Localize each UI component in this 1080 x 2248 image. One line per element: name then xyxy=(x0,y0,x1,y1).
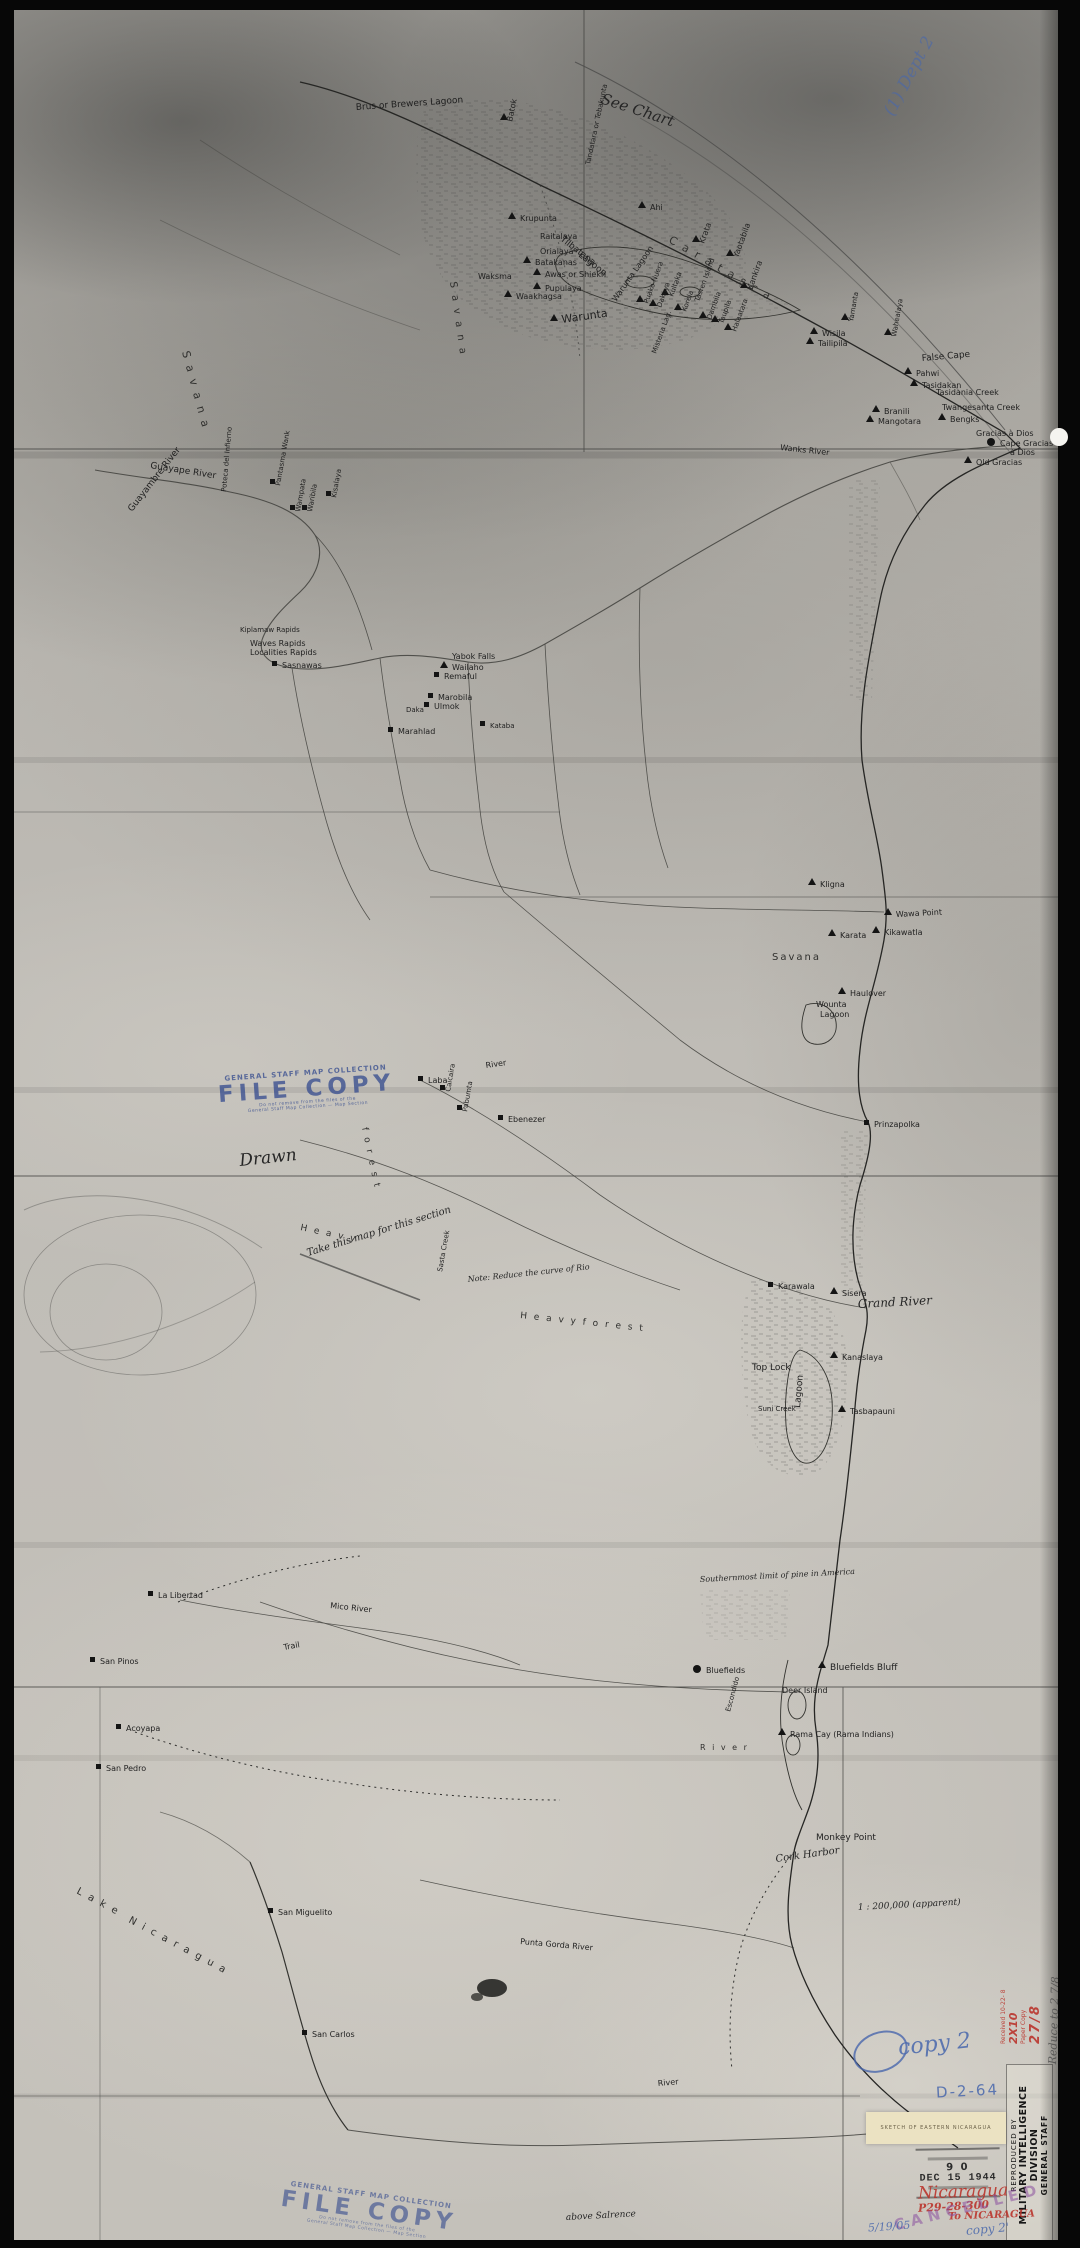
settlement-triangle-marker xyxy=(872,926,880,933)
map-label: Bengks xyxy=(950,415,979,424)
map-label: Branili xyxy=(884,407,909,416)
map-label: Remaful xyxy=(444,672,477,681)
film-notch xyxy=(1050,428,1068,446)
settlement-square-marker xyxy=(428,693,433,698)
map-label: San Pinos xyxy=(100,1657,139,1666)
map-label: Lagoon xyxy=(820,1010,849,1019)
map-label: Ebenezer xyxy=(508,1115,546,1124)
map-label: Marobila xyxy=(438,693,472,702)
map-label: Kataba xyxy=(490,722,515,730)
map-label: Marahlad xyxy=(398,727,435,736)
map-label: Gracias à Dios xyxy=(976,429,1034,438)
settlement-square-marker xyxy=(388,727,393,732)
settlement-triangle-marker xyxy=(810,327,818,334)
settlement-square-marker xyxy=(268,1908,273,1913)
sheet-edge-shadow xyxy=(1040,0,1058,2248)
settlement-triangle-marker xyxy=(778,1728,786,1735)
settlement-square-marker xyxy=(90,1657,95,1662)
settlement-triangle-marker xyxy=(806,337,814,344)
map-label: Kikawatla xyxy=(884,928,923,937)
map-label: Waakhagsa xyxy=(516,292,562,301)
film-edge-top xyxy=(0,0,1080,10)
map-label: Poteca del Infierno xyxy=(220,426,234,492)
map-label: L a k e xyxy=(75,1886,122,1918)
map-label: Ulmok xyxy=(434,702,460,711)
map-label: La Libertad xyxy=(158,1591,203,1600)
map-label: Waves Rapids xyxy=(250,639,306,648)
settlement-square-marker xyxy=(302,2030,307,2035)
map-label: San Carlos xyxy=(312,2030,355,2039)
map-label: Batakanas xyxy=(535,258,577,267)
settlement-square-marker xyxy=(424,702,429,707)
map-label: Rama Cay (Rama Indians) xyxy=(790,1730,894,1739)
map-label: Punta Gorda River xyxy=(520,1937,594,1952)
settlement-triangle-marker xyxy=(910,379,918,386)
map-label: Krupunta xyxy=(520,214,557,223)
film-edge-bottom xyxy=(0,2240,1080,2248)
map-label: Note: Reduce the curve of Rio xyxy=(466,1262,590,1284)
settlement-triangle-marker xyxy=(866,415,874,422)
map-label: Tailipila xyxy=(817,339,848,348)
town-circle-marker xyxy=(987,438,995,446)
map-label: 1 : 200,000 (apparent) xyxy=(858,1897,962,1913)
title-slip-text: SKETCH OF EASTERN NICARAGUA xyxy=(880,2125,991,2131)
map-artwork: See ChartBrus or Brewers LagoonBatokTand… xyxy=(0,0,1080,2248)
map-label: Tasidania Creek xyxy=(935,388,999,397)
map-label: S a v a n a xyxy=(179,349,212,430)
settlement-triangle-marker xyxy=(884,908,892,915)
map-label: Yamanta xyxy=(847,291,860,323)
map-label: Trail xyxy=(282,1640,301,1652)
settlement-square-marker xyxy=(768,1282,773,1287)
map-label: Cork Harbor xyxy=(775,1845,841,1865)
map-label: R i v e r xyxy=(700,1743,749,1752)
map-label: Haulover xyxy=(850,989,887,998)
map-label: Wawa Point xyxy=(896,908,943,919)
map-label: Waribila xyxy=(306,483,319,512)
map-label: River xyxy=(485,1058,507,1070)
settlement-triangle-marker xyxy=(838,987,846,994)
map-label: Wounta xyxy=(816,1000,847,1009)
map-label: San Pedro xyxy=(106,1764,146,1773)
town-circle-marker xyxy=(693,1665,701,1673)
trails xyxy=(135,185,794,2070)
map-label: Mangotara xyxy=(878,417,921,426)
settlement-square-marker xyxy=(272,661,277,666)
settlement-square-marker xyxy=(480,721,485,726)
settlement-triangle-marker xyxy=(440,661,448,668)
map-scan: See ChartBrus or Brewers LagoonBatokTand… xyxy=(0,0,1080,2248)
red-side-line: Paper Copy xyxy=(1020,1894,1027,2044)
settlement-triangle-marker xyxy=(872,405,880,412)
red-side-line: Received 10-22- 8 xyxy=(1000,1894,1007,2044)
settlement-triangle-marker xyxy=(808,878,816,885)
settlement-square-marker xyxy=(418,1076,423,1081)
map-label: False Cape xyxy=(921,350,971,364)
map-label: Sasta Creek xyxy=(436,1229,451,1273)
settlement-triangle-marker xyxy=(828,929,836,936)
map-label: Karawala xyxy=(778,1282,815,1291)
settlement-triangle-marker xyxy=(904,367,912,374)
map-label: H e a v y f o r e s t xyxy=(520,1311,646,1334)
stamp-number: 9 0 xyxy=(946,2162,970,2173)
ink-blot xyxy=(471,1979,507,2001)
stamp-illegible-line xyxy=(928,2156,988,2160)
map-label: Southernmost limit of pine in America xyxy=(700,1567,856,1584)
map-label: Kisalaya xyxy=(330,468,343,498)
red-side-annotations: Received 10-22- 8 2X10 Paper Copy 27/8 xyxy=(1000,1894,1043,2044)
map-label: Top Lock xyxy=(751,1363,791,1373)
settlement-square-marker xyxy=(148,1591,153,1596)
map-label: à Dios xyxy=(1010,448,1035,457)
coastline xyxy=(300,82,1020,2148)
title-slip: SKETCH OF EASTERN NICARAGUA xyxy=(866,2112,1006,2144)
map-label: Twangesanta Creek xyxy=(941,403,1020,412)
map-label: Bluefields Bluff xyxy=(830,1663,898,1673)
map-label: Wisila xyxy=(822,329,846,338)
map-label: River xyxy=(657,2077,679,2088)
map-labels: See ChartBrus or Brewers LagoonBatokTand… xyxy=(75,83,1054,2223)
settlement-triangle-marker xyxy=(830,1287,838,1294)
blue-note-d264: D-2-64 xyxy=(936,2080,1000,2101)
map-label: Savana xyxy=(772,952,821,963)
map-label: Tasbapauni xyxy=(849,1407,895,1416)
map-label: Old Gracias xyxy=(976,458,1022,467)
map-label: Grand River xyxy=(857,1293,933,1311)
map-label: Mico River xyxy=(330,1601,373,1614)
map-label: Waksma xyxy=(478,272,512,281)
map-label: San Miguelito xyxy=(278,1908,332,1917)
map-label: Daka xyxy=(406,706,424,714)
settlement-square-marker xyxy=(434,672,439,677)
map-label: Acoyapa xyxy=(126,1724,160,1733)
map-label: Kanaslaya xyxy=(842,1353,883,1362)
map-label: N i c a r a g u a xyxy=(127,1915,230,1977)
map-label: Suni Creek xyxy=(758,1405,797,1413)
map-label: Pahwi xyxy=(916,369,939,378)
settlement-square-marker xyxy=(498,1115,503,1120)
map-label: Wailaho xyxy=(452,663,484,672)
map-label: Pabumta xyxy=(461,1080,474,1112)
map-label: Kiplamaw Rapids xyxy=(240,626,300,634)
map-label: Sasnawas xyxy=(282,661,322,670)
map-label: Yabok Falls xyxy=(451,652,495,661)
marsh-symbols xyxy=(416,97,880,1640)
map-label: Bluefields xyxy=(706,1666,745,1675)
settlement-square-marker xyxy=(864,1120,869,1125)
film-edge-right xyxy=(1058,0,1080,2248)
settlement-square-marker xyxy=(116,1724,121,1729)
settlement-square-marker xyxy=(96,1764,101,1769)
map-label: Monkey Point xyxy=(816,1833,876,1843)
lagoons-and-lake xyxy=(160,247,836,2130)
map-label: Drawn xyxy=(237,1145,297,1171)
map-label: Ahi xyxy=(650,203,663,212)
film-edge-left xyxy=(0,0,14,2248)
map-label: Kligna xyxy=(820,880,845,889)
map-label: Localities Rapids xyxy=(250,648,317,657)
map-label: Prinzapolka xyxy=(874,1120,920,1129)
red-side-line: 2X10 xyxy=(1007,1894,1020,2044)
map-label: Escondido xyxy=(724,1676,741,1713)
map-label: Karata xyxy=(840,931,866,940)
map-label: Deer Island xyxy=(782,1686,828,1695)
settlement-triangle-marker xyxy=(818,1661,826,1668)
settlement-triangle-marker xyxy=(938,413,946,420)
map-label: above Salrence xyxy=(566,2209,636,2223)
